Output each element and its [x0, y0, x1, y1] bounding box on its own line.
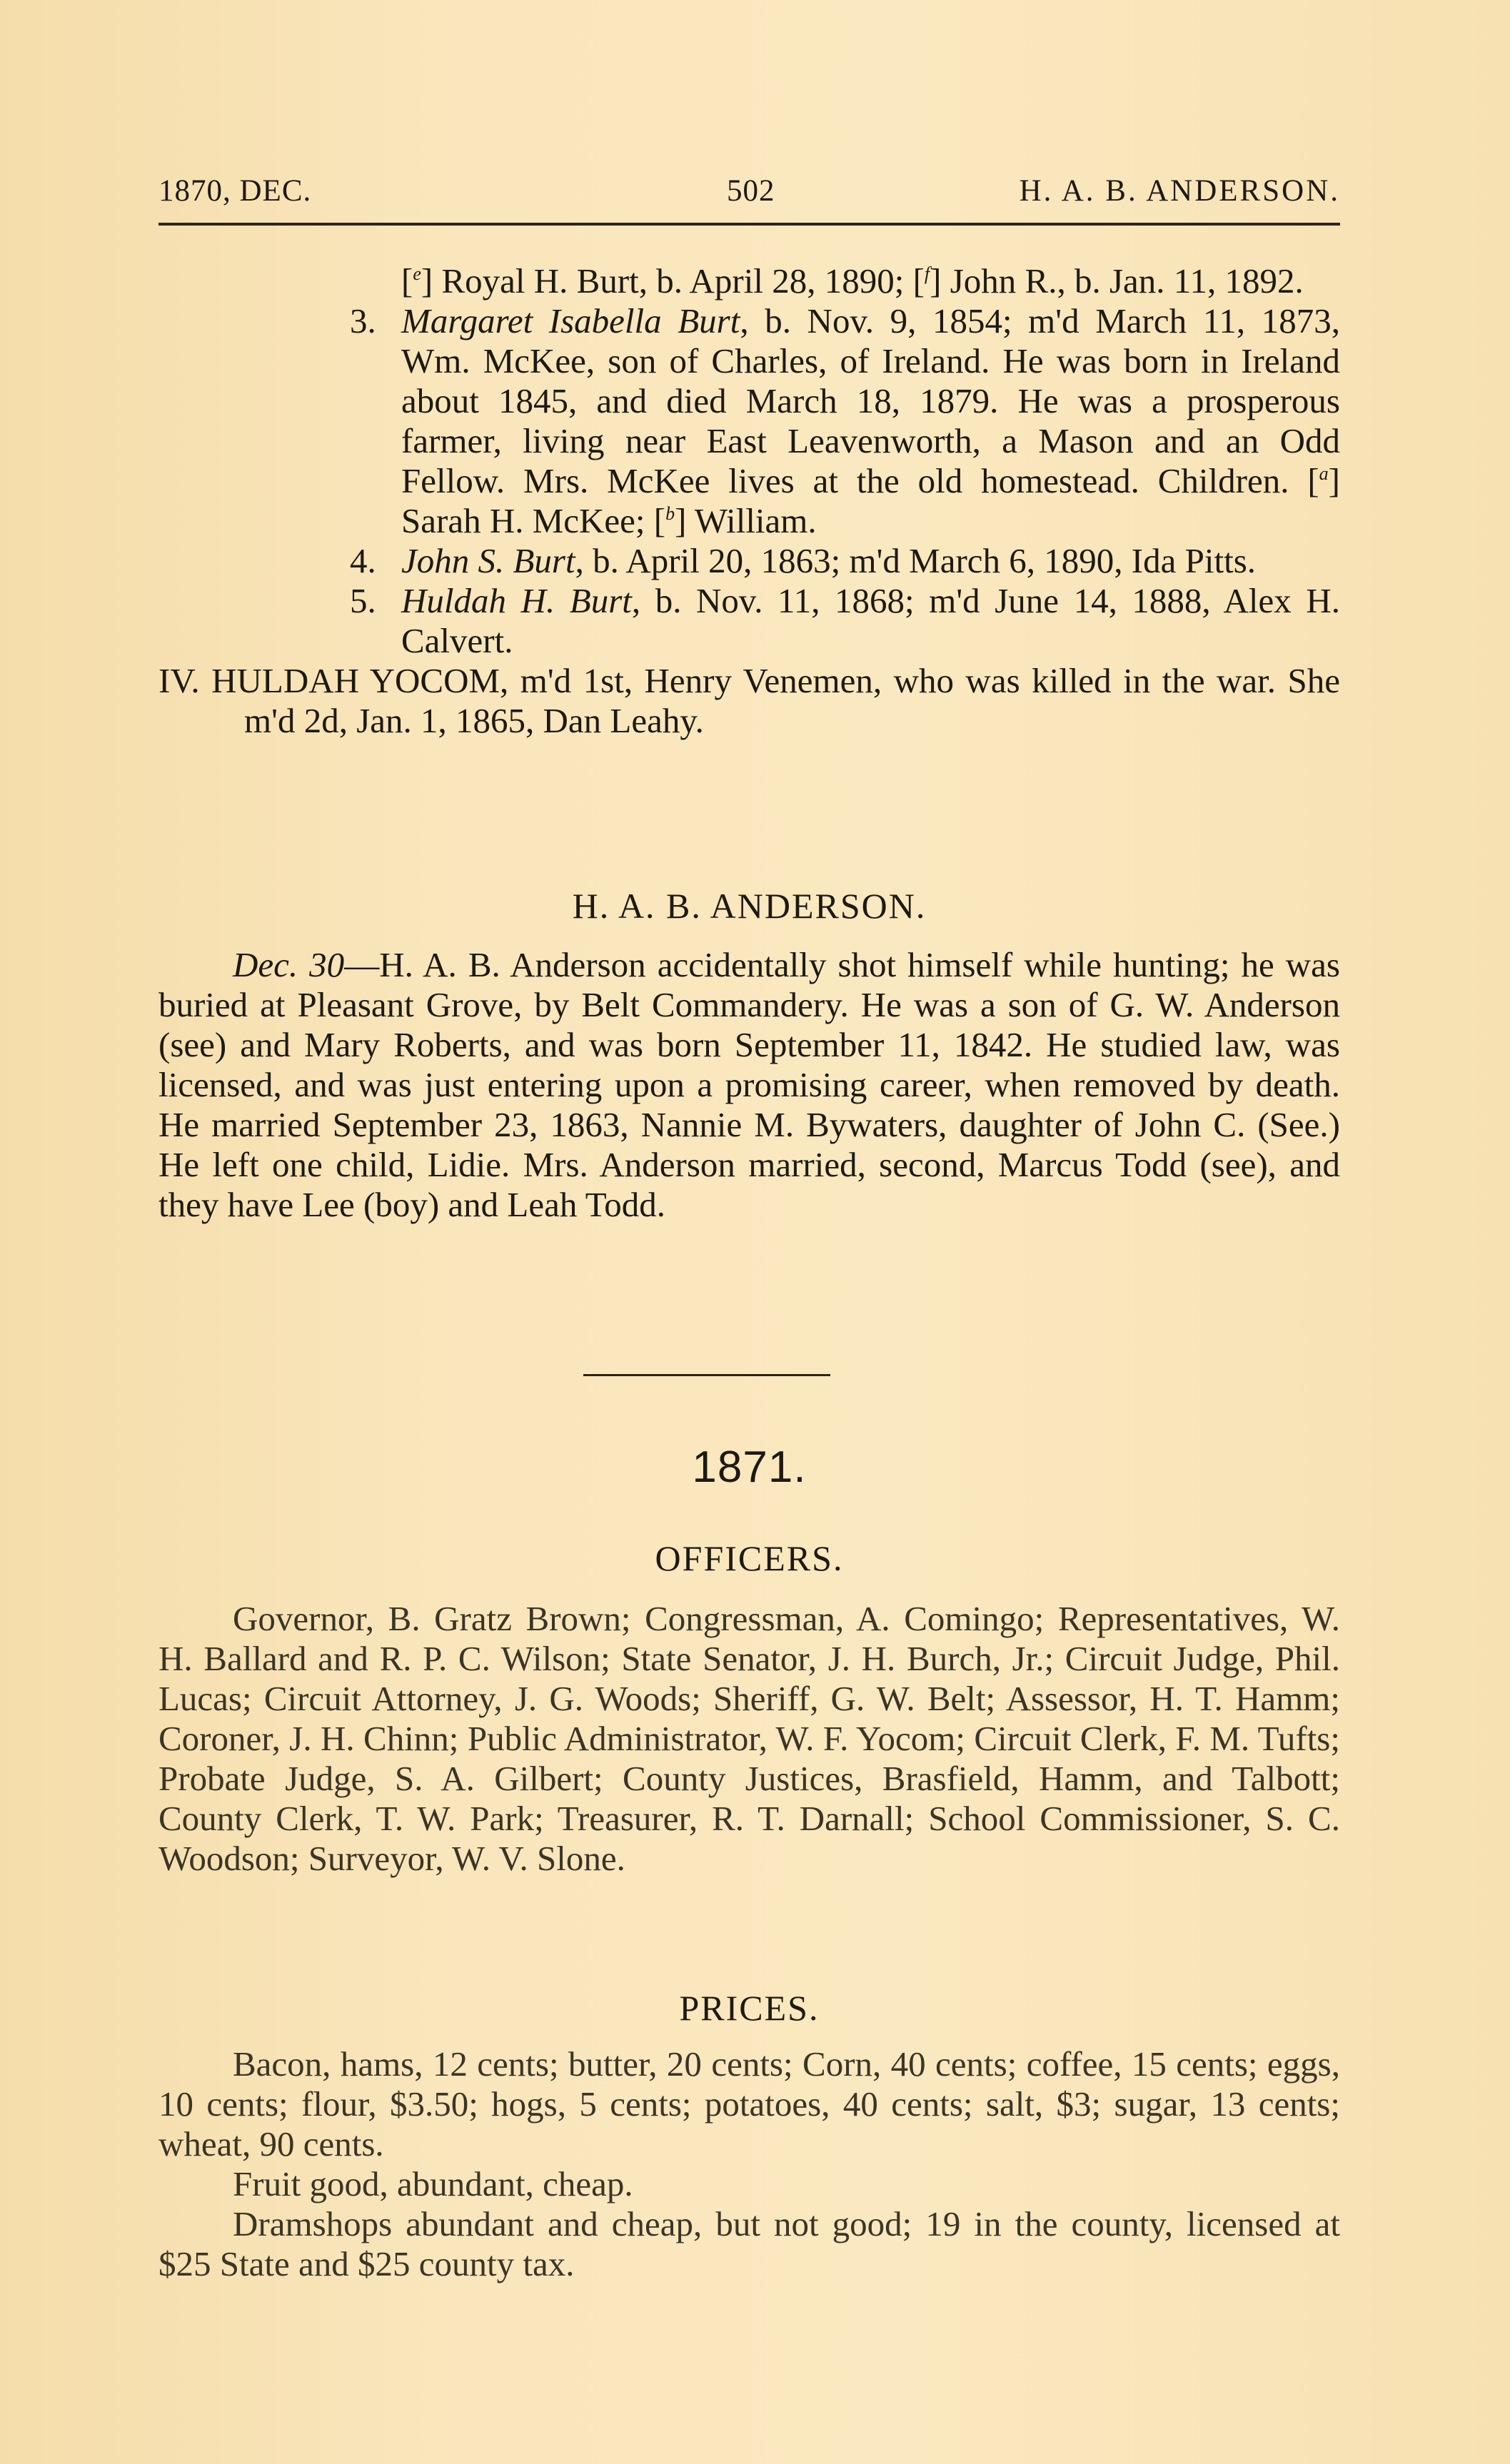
anderson-paragraph: Dec. 30—H. A. B. Anderson accidentally s…	[158, 945, 1340, 1225]
prices-list: Bacon, hams, 12 cents; butter, 20 cents;…	[158, 2044, 1340, 2164]
child-marker-f: f	[925, 263, 930, 284]
prices-paragraphs: Bacon, hams, 12 cents; butter, 20 cents;…	[158, 2044, 1340, 2284]
year-heading: 1871.	[158, 1442, 1340, 1493]
person-name: Huldah H. Burt	[401, 581, 632, 620]
burt-entry-4: 4.John S. Burt, b. April 20, 1863; m'd M…	[158, 541, 1340, 581]
burt-family-entries: [e] Royal H. Burt, b. April 28, 1890; [f…	[158, 261, 1340, 741]
yocom-entry: IV. HULDAH YOCOM, m'd 1st, Henry Venemen…	[158, 661, 1340, 741]
header-rule	[158, 223, 1340, 226]
burt-continuation: [e] Royal H. Burt, b. April 28, 1890; [f…	[158, 261, 1340, 301]
officers-heading: OFFICERS.	[158, 1538, 1340, 1579]
anderson-heading: H. A. B. ANDERSON.	[158, 885, 1340, 926]
burt-entry-3: 3.Margaret Isabella Burt, b. Nov. 9, 185…	[158, 301, 1340, 541]
running-head-title: H. A. B. ANDERSON.	[1020, 173, 1340, 208]
person-name: Margaret Isabella Burt	[401, 301, 740, 340]
dramshops-note: Dramshops abundant and cheap, but not go…	[158, 2204, 1340, 2284]
officers-paragraph: Governor, B. Gratz Brown; Congressman, A…	[158, 1599, 1340, 1879]
fruit-note: Fruit good, abundant, cheap.	[158, 2164, 1340, 2204]
person-name: John S. Burt	[401, 541, 575, 580]
running-head: 1870, DEC. 502 H. A. B. ANDERSON.	[158, 173, 1340, 216]
entry-date: Dec. 30	[233, 945, 344, 984]
running-head-date: 1870, DEC.	[158, 173, 311, 208]
child-marker-e: e	[413, 263, 421, 284]
page-number: 502	[727, 173, 775, 208]
burt-entry-5: 5.Huldah H. Burt, b. Nov. 11, 1868; m'd …	[158, 581, 1340, 661]
section-divider	[583, 1374, 830, 1376]
prices-heading: PRICES.	[158, 1987, 1340, 2029]
